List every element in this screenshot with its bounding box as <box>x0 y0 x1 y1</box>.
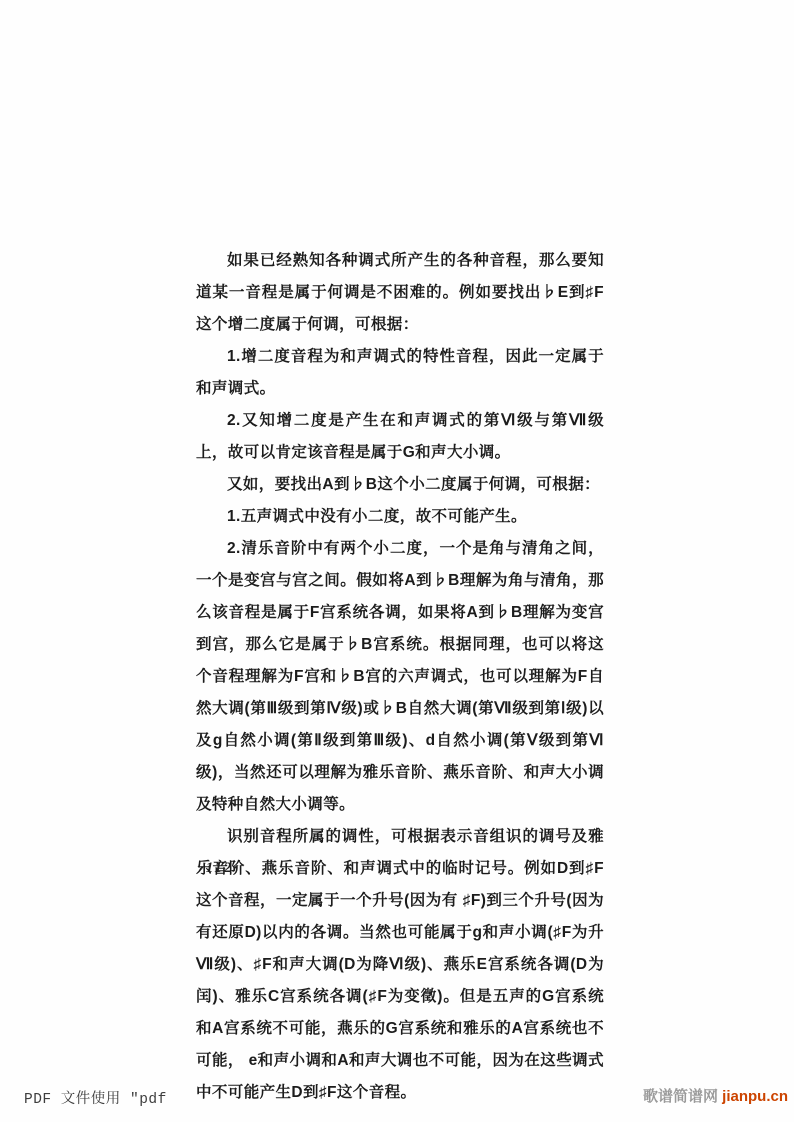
scanned-book-page: 如果已经熟知各种调式所产生的各种音程，那么要知道某一音程是属于何调是不困难的。例… <box>0 0 794 1122</box>
body-text: 如果已经熟知各种调式所产生的各种音程，那么要知道某一音程是属于何调是不困难的。例… <box>196 245 604 1109</box>
site-name-label: 歌谱简谱网 <box>643 1088 718 1105</box>
site-watermark: 歌谱简谱网 jianpu.cn <box>643 1085 788 1106</box>
page-number: ·112· <box>200 860 239 877</box>
pdf-watermark: PDF 文件使用 ″pdf <box>24 1087 167 1108</box>
paragraph-example-2: 又如，要找出A到♭B这个小二度属于何调，可根据： <box>196 469 604 501</box>
site-url-label: jianpu.cn <box>722 1088 788 1105</box>
paragraph-point-1: 1.增二度音程为和声调式的特性音程，因此一定属于和声调式。 <box>196 341 604 405</box>
paragraph-point-1b: 1.五声调式中没有小二度，故不可能产生。 <box>196 501 604 533</box>
paragraph-point-2b: 2.清乐音阶中有两个小二度，一个是角与清角之间，一个是变宫与宫之间。假如将A到♭… <box>196 533 604 821</box>
paragraph-identify-tonality: 识别音程所属的调性，可根据表示音组识的调号及雅乐音阶、燕乐音阶、和声调式中的临时… <box>196 821 604 1109</box>
paragraph-point-2: 2.又知增二度是产生在和声调式的第Ⅵ级与第Ⅶ级上，故可以肯定该音程是属于G和声大… <box>196 405 604 469</box>
paragraph-intro: 如果已经熟知各种调式所产生的各种音程，那么要知道某一音程是属于何调是不困难的。例… <box>196 245 604 341</box>
